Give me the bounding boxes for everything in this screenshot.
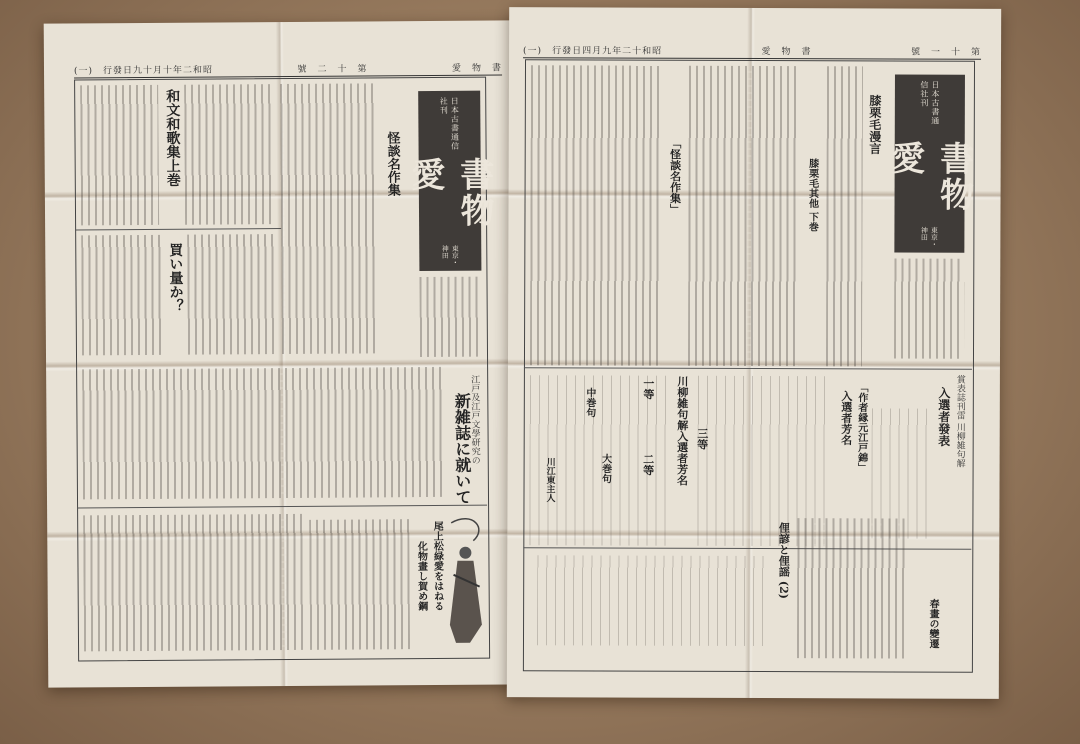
newspaper-sheet-left: (一) 行發日九十月十年二和昭 號 二 十 第 愛 物 書 日本古書通信社刊 書…: [44, 20, 527, 687]
headline-kesho: 化物畫し賀め鋼: [413, 541, 428, 611]
text-block: [688, 66, 799, 366]
text-block: [894, 258, 964, 358]
headline-hizakurige: 膝栗毛漫言: [867, 94, 884, 154]
text-block: [184, 84, 275, 225]
headline-hizakurige-ge: 膝栗毛其他 下巻: [804, 158, 819, 232]
woodblock-figure-illustration: [443, 515, 490, 649]
text-block: [187, 234, 278, 355]
text-block: [82, 367, 443, 500]
headline-nyusen-happyo: 入選者發表: [936, 387, 953, 447]
text-block: [81, 235, 162, 356]
headline-senryu-nyusen: 川柳雑句解入選者芳名: [674, 376, 690, 486]
headline-sakusha: 「作者縁元江戸錦」: [854, 382, 869, 472]
masthead-subtitle: 日本古書通信社刊: [438, 97, 460, 151]
newspaper-sheet-right: (一) 行發日四月九年二十和昭 愛 物 書 號 一 十 第 日本古書通信社刊 書…: [507, 7, 1001, 699]
headline-shin-zasshi: 新雑誌に就いて: [450, 393, 474, 505]
header-title: 愛 物 書: [452, 60, 502, 73]
header-title: 愛 物 書: [762, 44, 812, 57]
header-issue: 號 二 十 第: [297, 61, 367, 74]
headline-kaikiri: 買い量か？: [165, 243, 185, 313]
masthead-title: 書物愛: [880, 140, 978, 221]
page-header: (一) 行發日四月九年二十和昭 愛 物 書 號 一 十 第: [523, 41, 981, 60]
headline-waka: 和文和歌集上巻: [162, 89, 183, 187]
text-block: [530, 65, 661, 365]
number-table: [537, 555, 767, 646]
prize-rank-1: 一等: [640, 378, 656, 400]
header-date: (一) 行發日四月九年二十和昭: [523, 43, 662, 56]
masthead-footer: 東京・神田: [440, 244, 460, 271]
header-issue: 號 一 十 第: [911, 44, 981, 57]
text-block: [83, 514, 304, 652]
masthead-left: 日本古書通信社刊 書物愛 東京・神田: [418, 91, 481, 271]
text-block: [419, 277, 482, 357]
prize-label-daikan: 大巻句: [598, 453, 613, 483]
headline-kaidan: 怪談名作集: [382, 131, 401, 196]
headline-meiji: 俚諺と俚謡 (2): [775, 522, 791, 599]
masthead-title: 書物愛: [401, 157, 500, 239]
text-block: [80, 85, 159, 226]
page-header: (一) 行發日九十月十年二和昭 號 二 十 第 愛 物 書: [74, 58, 502, 78]
text-block: [280, 83, 378, 354]
masthead-footer: 東京・神田: [919, 227, 939, 253]
prize-winner-name: 川江東主人: [543, 457, 556, 502]
masthead-right: 日本古書通信社刊 書物愛 東京・神田: [894, 74, 965, 252]
text-block: [309, 519, 410, 650]
header-date: (一) 行發日九十月十年二和昭: [74, 62, 213, 76]
headline-kaidan-meisaku: 「怪談名作集」: [666, 138, 682, 215]
text-block: [826, 66, 863, 366]
headline-nyusen-hoshimei: 入選者芳名: [838, 390, 854, 445]
text-block: [797, 518, 907, 658]
masthead-subtitle: 日本古書通信社刊: [919, 81, 941, 135]
headline-henkan: 春畫の變遷: [925, 599, 940, 649]
prize-label-chukan: 中巻句: [582, 387, 597, 417]
prize-rank-3: 三等: [694, 428, 710, 450]
kicker-senryu: 賞表誌刊雷 川柳雑句解: [954, 375, 967, 468]
prize-rank-2: 二等: [640, 454, 656, 476]
